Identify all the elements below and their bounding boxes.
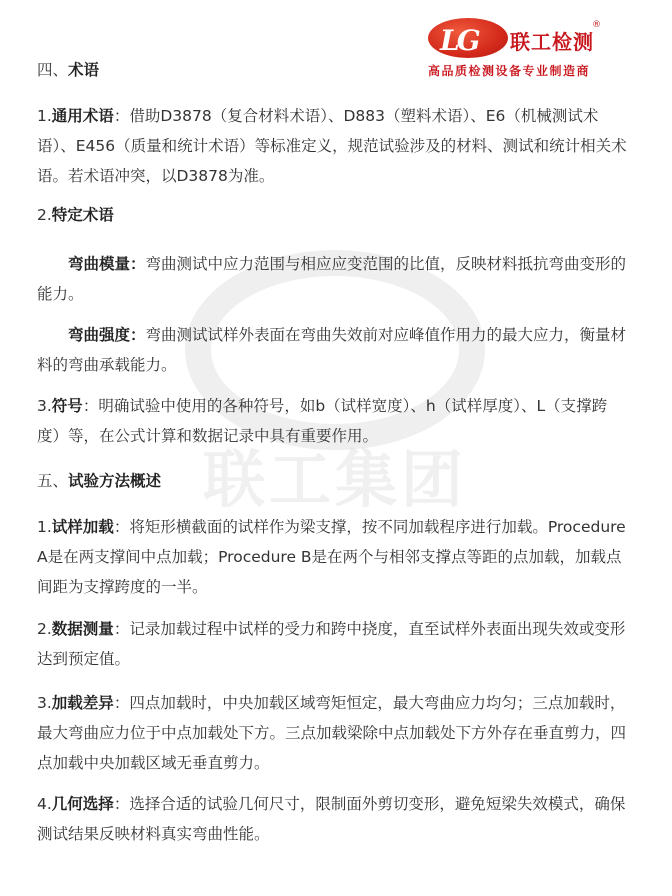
item-number: 1. [37,107,52,125]
paragraph-flexural-strength: 弯曲强度：弯曲测试试样外表面在弯曲失效前对应峰值作用力的最大应力，衡量材料的弯曲… [37,320,629,380]
item-sep: ： [130,255,146,273]
logo-mark: LG [440,24,478,57]
item-sep: ： [83,397,99,415]
item-term: 弯曲模量 [68,255,130,273]
item-number: 3. [37,397,52,415]
paragraph-loading-difference: 3.加载差异：四点加载时，中央加载区域弯矩恒定，最大弯曲应力均匀；三点加载时，最… [37,688,629,778]
item-term: 弯曲强度 [68,326,130,344]
item-sep: ： [114,518,130,536]
paragraph-general-terms: 1.通用术语：借助D3878（复合材料术语）、D883（塑料术语）、E6（机械测… [37,101,629,191]
document-page: 联工集团 LG 联工检测 ® 高品质检测设备专业制造商 四、术语 1.通用术语：… [0,0,672,896]
item-sep: ： [114,694,130,712]
paragraph-specimen-loading: 1.试样加载：将矩形横截面的试样作为梁支撑，按不同加载程序进行加载。Proced… [37,512,629,602]
item-text: 明确试验中使用的各种符号，如b（试样宽度）、h（试样厚度）、L（支撑跨度）等，在… [37,397,607,445]
item-sep: ： [114,107,130,125]
item-number: 2. [37,620,52,638]
logo-name: 联工检测 [510,26,594,55]
item-sep: ： [130,326,146,344]
item-number: 4. [37,795,52,813]
heading-text: 试验方法概述 [68,472,161,490]
paragraph-specific-terms: 2.特定术语 [37,200,629,230]
paragraph-data-measurement: 2.数据测量：记录加载过程中试样的受力和跨中挠度，直至试样外表面出现失效或变形达… [37,614,629,674]
paragraph-flexural-modulus: 弯曲模量：弯曲测试中应力范围与相应应变范围的比值，反映材料抵抗弯曲变形的能力。 [37,249,629,309]
item-number: 3. [37,694,52,712]
paragraph-geometry-selection: 4.几何选择：选择合适的试验几何尺寸，限制面外剪切变形，避免短梁失效模式，确保测… [37,789,629,849]
section-heading-5: 五、试验方法概述 [37,466,629,496]
paragraph-symbols: 3.符号：明确试验中使用的各种符号，如b（试样宽度）、h（试样厚度）、L（支撑跨… [37,391,629,451]
item-number: 2. [37,206,52,224]
heading-prefix: 四、 [37,61,68,79]
section-heading-4: 四、术语 [37,55,629,85]
item-sep: ： [114,620,130,638]
heading-text: 术语 [68,61,99,79]
item-number: 1. [37,518,52,536]
item-term: 试样加载 [52,518,114,536]
heading-prefix: 五、 [37,472,68,490]
logo-oval-icon: LG [428,18,508,58]
item-term: 数据测量 [52,620,114,638]
item-term: 符号 [52,397,83,415]
item-term: 加载差异 [52,694,114,712]
registered-icon: ® [592,20,601,30]
item-sep: ： [114,795,130,813]
item-term: 通用术语 [52,107,114,125]
item-term: 特定术语 [52,206,114,224]
item-term: 几何选择 [52,795,114,813]
